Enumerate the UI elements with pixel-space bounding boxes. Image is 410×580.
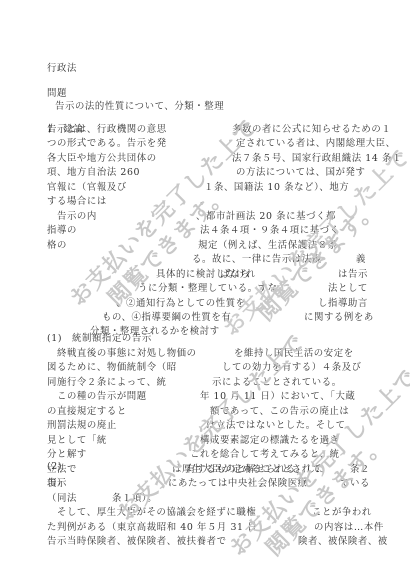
text-line-left: の直接規定すると [47,406,127,418]
text-line-left: つの形式である。告示を発 [47,138,167,150]
text-line-left: 同施行令２条によって、統 [47,377,167,389]
section3-heading: (2) [47,461,62,473]
text-line-left: 各大臣や地方公共団体の [47,153,157,165]
text-line-right: の内容は…本件 [314,522,384,534]
text-line-left: （同法 [47,493,77,505]
text-line-left: 告示の内 [47,211,97,223]
text-line-left: 見として「統 [47,435,107,447]
text-line-left: そして、厚生大臣がその協議会を経ずに職権 [47,507,256,519]
text-line-right: ばなら [220,269,250,281]
text-line-left: 官報に（官報及び [47,182,127,194]
text-line-left: 図るために、物価統制令（昭 [47,362,177,374]
text-line-left: 項、地方自治法 260 [47,167,140,179]
text-line-right: 義 [356,254,366,266]
question-label: 問題 [47,88,67,100]
text-line-left: た判例がある（東京高裁昭和 40 年５月 31 日 [47,522,257,534]
text-line-right: 定されている者は、内閣総理大臣、 [236,138,396,150]
text-line-left: 刑罰法規の廃止 [47,420,117,432]
text-line-left: 告示とは、行政機関の意思 [47,124,167,136]
text-line-left: この種の告示が問題 [47,391,147,403]
text-line-left: 指導の [47,225,77,237]
text-line-right: は告示 [338,269,368,281]
text-line-right: し指導助言 [318,298,368,310]
text-line-left: 項） [47,478,67,490]
text-line-right: もの、④指導要綱の性質を有 [102,312,231,324]
text-line-right: 法として [328,283,368,295]
text-line-left: 格の [47,240,67,252]
document-subject: 行政法 [47,63,77,75]
text-line-left: 分と解す [47,449,87,461]
text-line-left: 告示当時保険者、被保険者、被扶養者で [47,536,227,548]
text-line-left: 終戦直後の事態に対処し物価の [47,348,197,360]
section2-heading: (1) 統制額指定の告示 [47,333,152,345]
document-page: 行政法 問題 告示の法的性質について、分類・整理 1 総論 告示とは、行政機関の… [0,0,410,580]
text-line-right: に関する例をあ [304,312,374,324]
text-line-left: する場合には [47,196,107,208]
question-text: 告示の法的性質について、分類・整理 [55,101,224,113]
text-line-right: 険者、被保険者、被 [298,536,388,548]
text-line-right: の方法については、国が発す [236,167,366,179]
